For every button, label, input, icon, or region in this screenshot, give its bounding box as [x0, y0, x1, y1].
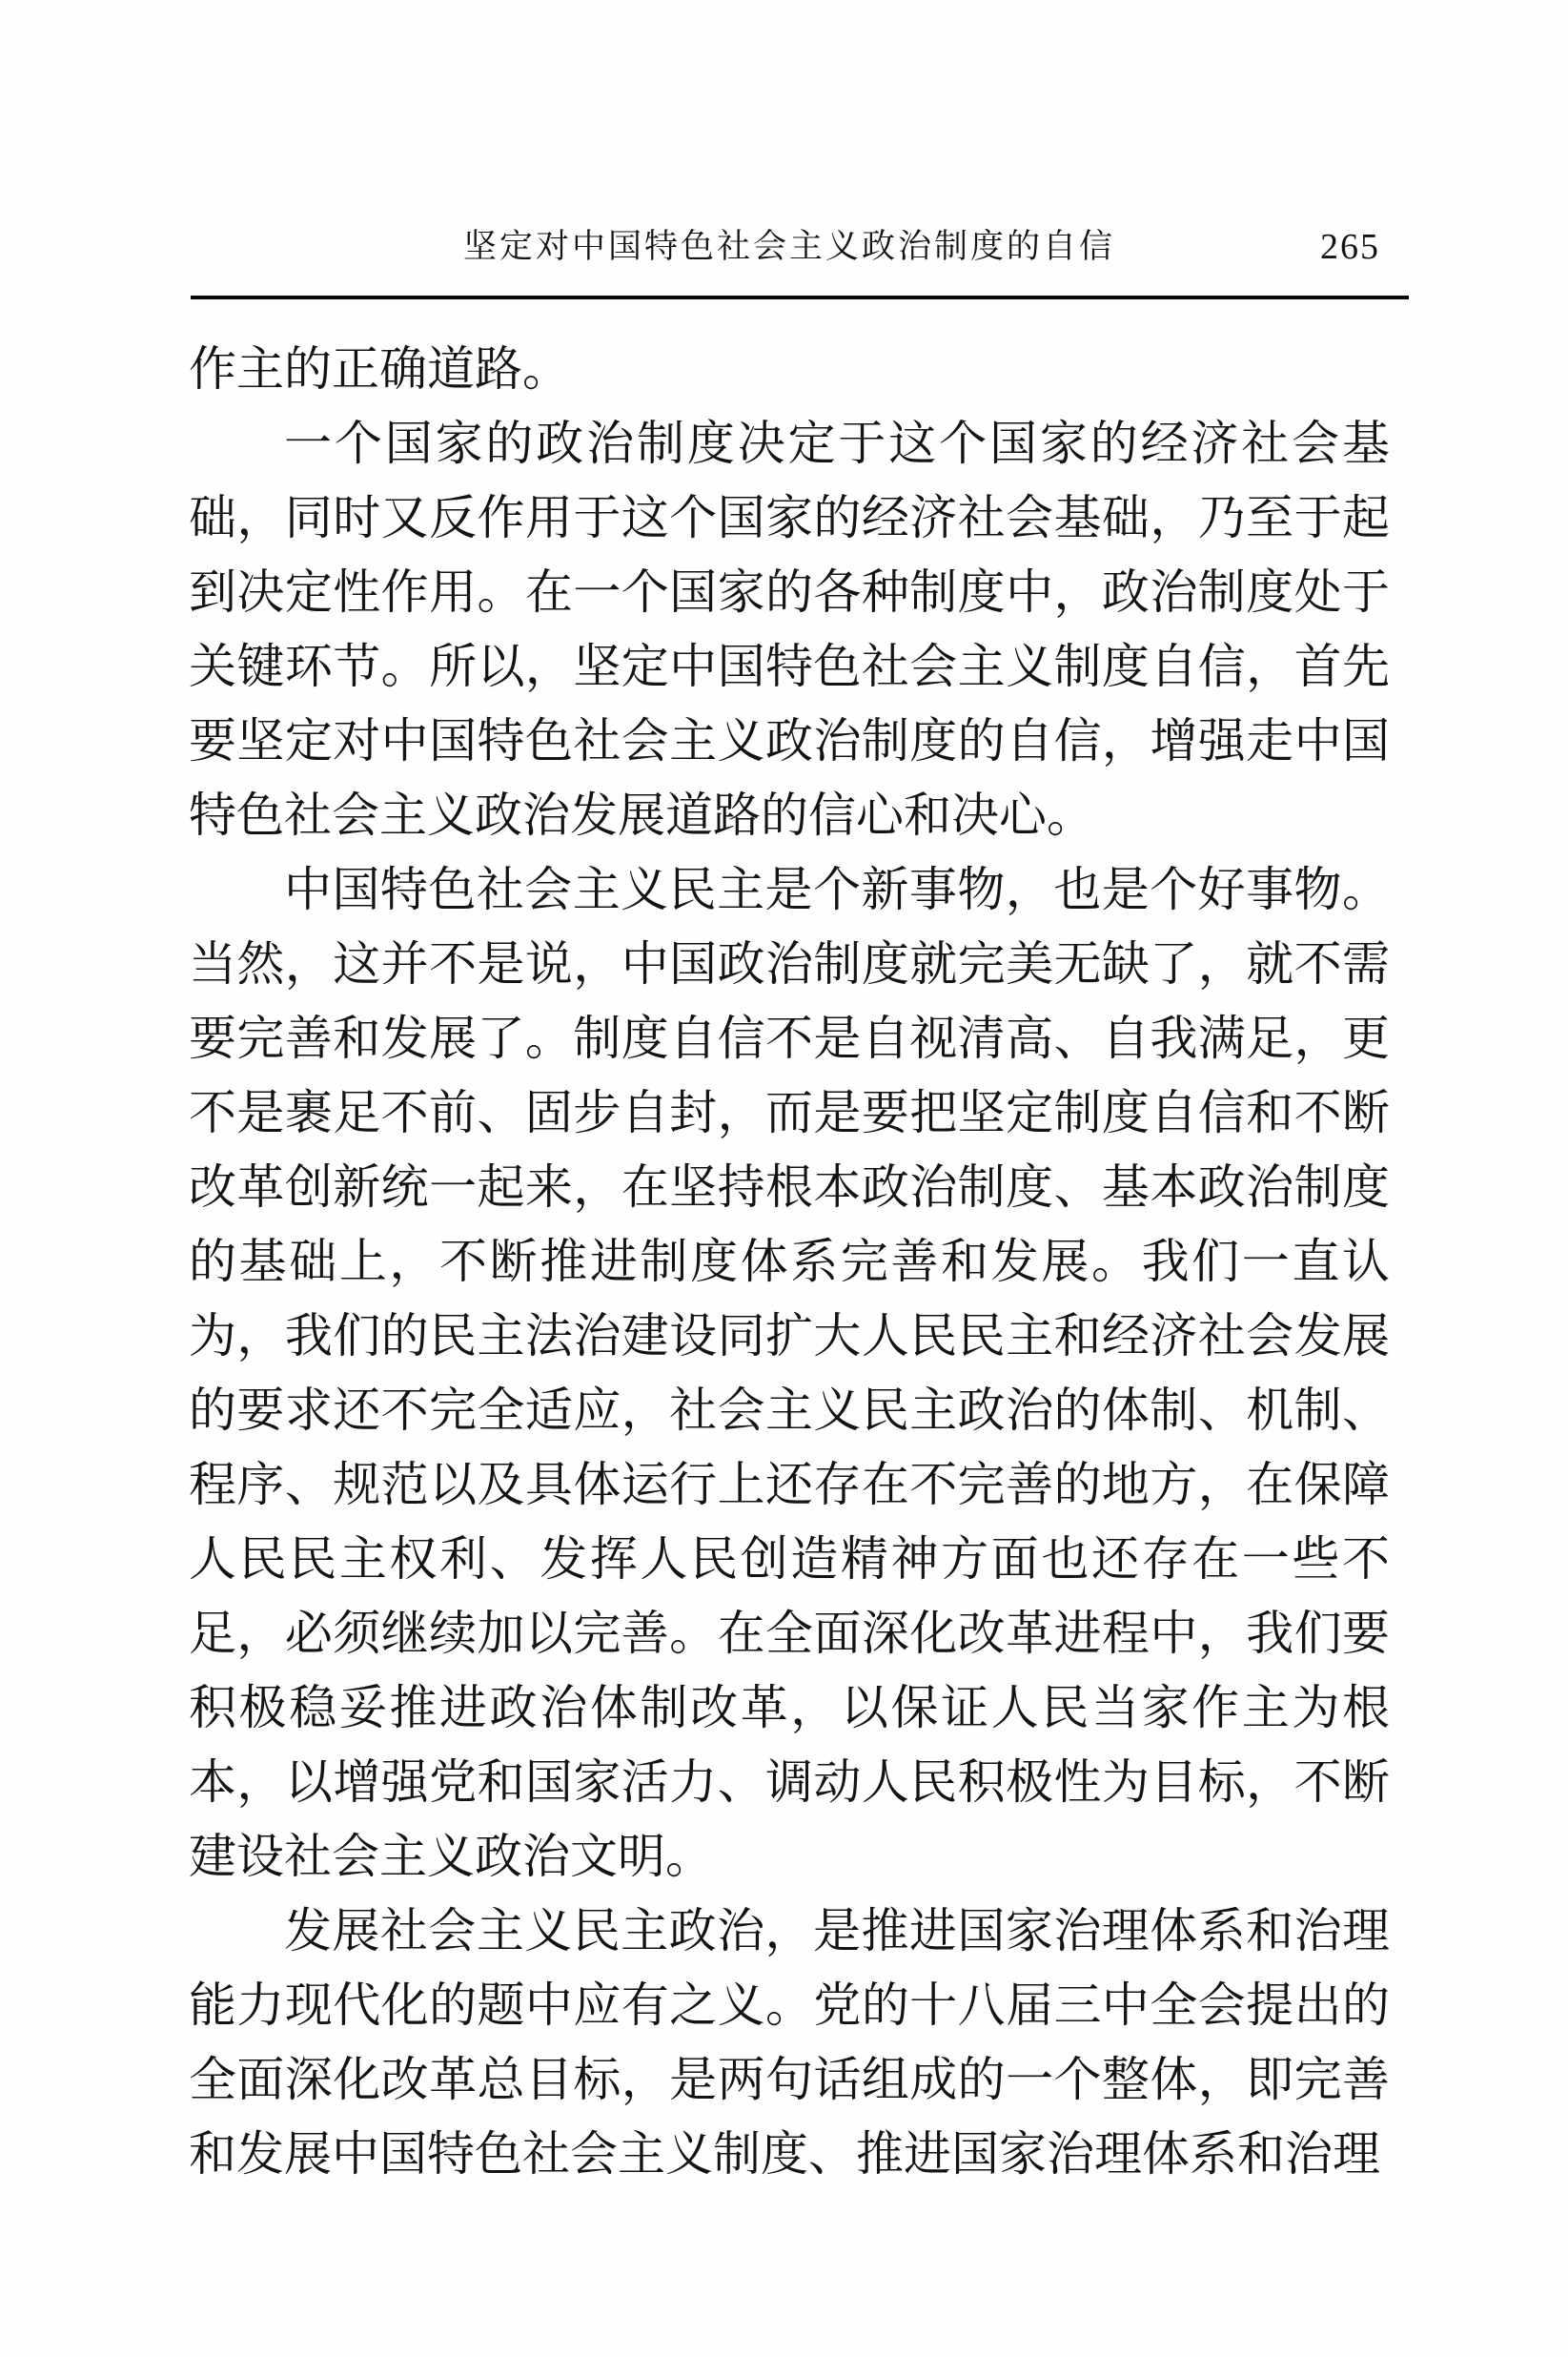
page-body: 作主的正确道路。 一个国家的政治制度决定于这个国家的经济社会基础，同时又反作用于… [189, 332, 1390, 2191]
body-paragraph: 一个国家的政治制度决定于这个国家的经济社会基础，同时又反作用于这个国家的经济社会… [189, 406, 1390, 852]
page-number: 265 [1320, 217, 1380, 277]
book-page: 坚定对中国特色社会主义政治制度的自信 265 作主的正确道路。 一个国家的政治制… [0, 0, 1568, 2357]
running-header-title: 坚定对中国特色社会主义政治制度的自信 [189, 217, 1390, 277]
body-paragraph-continuation: 作主的正确道路。 [189, 332, 1390, 406]
header-rule [191, 296, 1409, 299]
body-paragraph: 中国特色社会主义民主是个新事物，也是个好事物。当然，这并不是说，中国政治制度就完… [189, 852, 1390, 1894]
text-column: 坚定对中国特色社会主义政治制度的自信 265 作主的正确道路。 一个国家的政治制… [189, 217, 1390, 2191]
body-paragraph: 发展社会主义民主政治，是推进国家治理体系和治理能力现代化的题中应有之义。党的十八… [189, 1894, 1390, 2191]
running-header: 坚定对中国特色社会主义政治制度的自信 265 [189, 217, 1390, 277]
